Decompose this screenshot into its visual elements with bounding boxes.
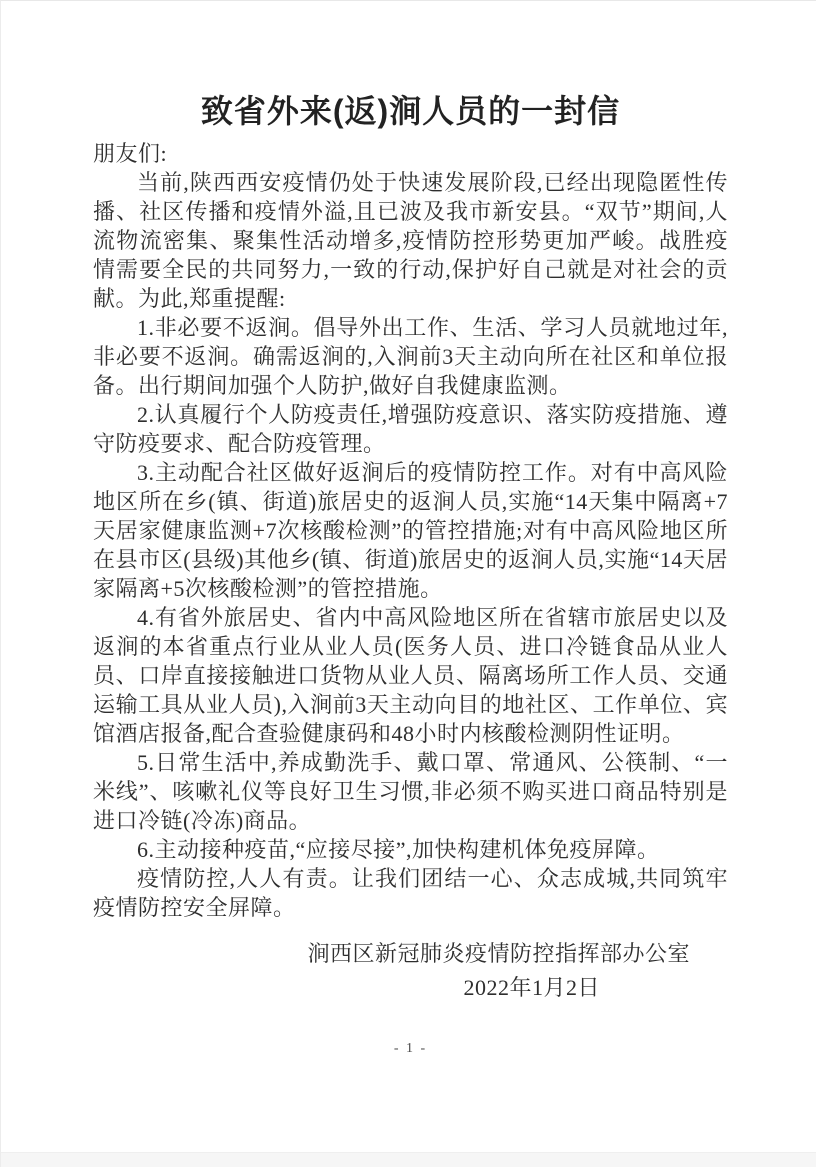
document-body: 当前,陕西西安疫情仍处于快速发展阶段,已经出现隐匿性传播、社区传播和疫情外溢,且… xyxy=(93,168,728,922)
signature-date: 2022年1月2日 xyxy=(93,970,728,1005)
salutation: 朋友们: xyxy=(93,139,728,168)
body-paragraph-item-3: 3.主动配合社区做好返涧后的疫情防控工作。对有中高风险地区所在乡(镇、街道)旅居… xyxy=(93,458,728,603)
signature-block: 涧西区新冠肺炎疫情防控指挥部办公室 2022年1月2日 xyxy=(93,937,728,1005)
signature-office: 涧西区新冠肺炎疫情防控指挥部办公室 xyxy=(93,937,728,970)
scan-edge-artifact xyxy=(1,1152,816,1167)
body-paragraph-item-6: 6.主动接种疫苗,“应接尽接”,加快构建机体免疫屏障。 xyxy=(93,835,728,864)
page-number: - 1 - xyxy=(93,1041,728,1057)
body-paragraph-item-1: 1.非必要不返涧。倡导外出工作、生活、学习人员就地过年,非必要不返涧。确需返涧的… xyxy=(93,313,728,400)
document-title: 致省外来(返)涧人员的一封信 xyxy=(93,89,728,133)
body-paragraph-item-5: 5.日常生活中,养成勤洗手、戴口罩、常通风、公筷制、“一米线”、咳嗽礼仪等良好卫… xyxy=(93,748,728,835)
body-paragraph-closing: 疫情防控,人人有责。让我们团结一心、众志成城,共同筑牢疫情防控安全屏障。 xyxy=(93,864,728,922)
body-paragraph-item-2: 2.认真履行个人防疫责任,增强防疫意识、落实防疫措施、遵守防疫要求、配合防疫管理… xyxy=(93,400,728,458)
body-paragraph-intro: 当前,陕西西安疫情仍处于快速发展阶段,已经出现隐匿性传播、社区传播和疫情外溢,且… xyxy=(93,168,728,313)
body-paragraph-item-4: 4.有省外旅居史、省内中高风险地区所在省辖市旅居史以及返涧的本省重点行业从业人员… xyxy=(93,603,728,748)
document-page: 致省外来(返)涧人员的一封信 朋友们: 当前,陕西西安疫情仍处于快速发展阶段,已… xyxy=(0,0,816,1167)
